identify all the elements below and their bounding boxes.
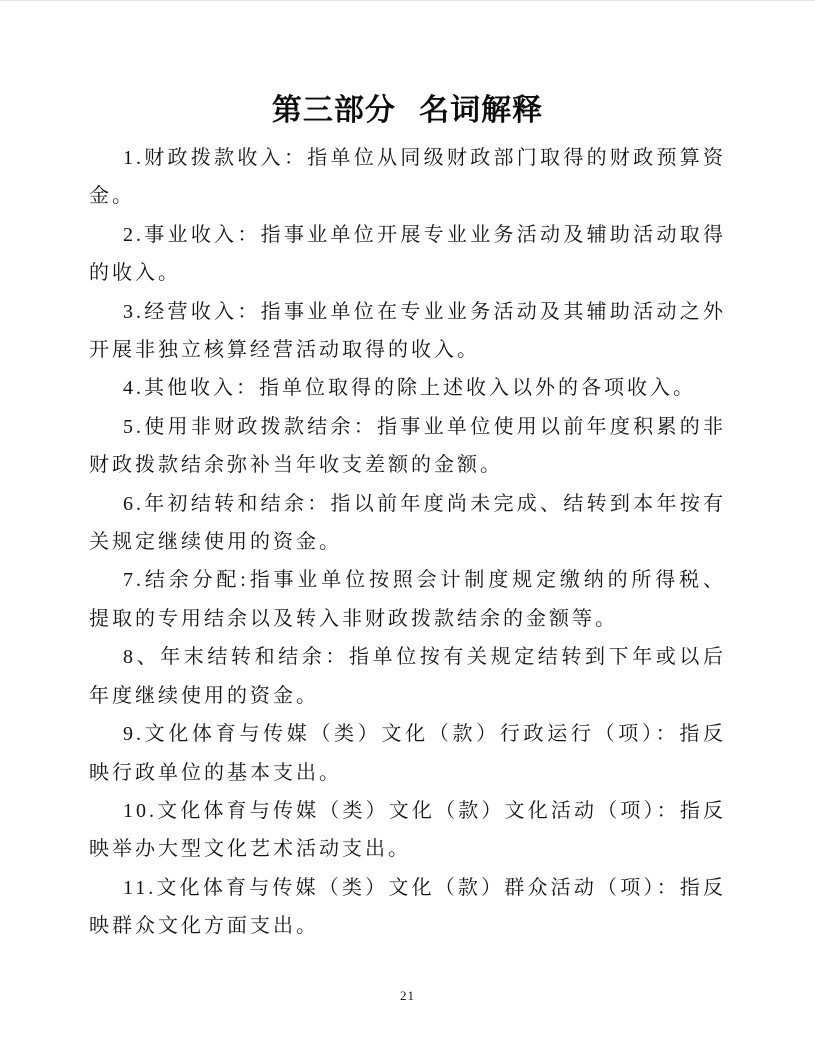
glossary-item-9: 9.文化体育与传媒（类）文化（款）行政运行（项）：指反映行政单位的基本支出。 — [89, 715, 726, 792]
page-footer: 21 — [0, 987, 815, 1005]
glossary-item-6: 6.年初结转和结余：指以前年度尚未完成、结转到本年按有关规定继续使用的资金。 — [89, 485, 726, 562]
page-title: 第三部分 名词解释 — [0, 1, 815, 132]
glossary-list: 1.财政拨款收入：指单位从同级财政部门取得的财政预算资金。 2.事业收入：指事业… — [89, 139, 726, 946]
page-number: 21 — [400, 988, 415, 1003]
glossary-item-2: 2.事业收入：指事业单位开展专业业务活动及辅助活动取得的收入。 — [89, 216, 726, 293]
document-page: 第三部分 名词解释 1.财政拨款收入：指单位从同级财政部门取得的财政预算资金。 … — [0, 0, 815, 1055]
glossary-item-1: 1.财政拨款收入：指单位从同级财政部门取得的财政预算资金。 — [89, 139, 726, 216]
glossary-item-5: 5.使用非财政拨款结余：指事业单位使用以前年度积累的非财政拨款结余弥补当年收支差… — [89, 408, 726, 485]
glossary-item-7: 7.结余分配:指事业单位按照会计制度规定缴纳的所得税、提取的专用结余以及转入非财… — [89, 561, 726, 638]
glossary-item-11: 11.文化体育与传媒（类）文化（款）群众活动（项）：指反映群众文化方面支出。 — [89, 869, 726, 946]
glossary-item-10: 10.文化体育与传媒（类）文化（款）文化活动（项）：指反映举办大型文化艺术活动支… — [89, 792, 726, 869]
glossary-item-4: 4.其他收入：指单位取得的除上述收入以外的各项收入。 — [89, 369, 726, 407]
glossary-item-3: 3.经营收入：指事业单位在专业业务活动及其辅助活动之外开展非独立核算经营活动取得… — [89, 293, 726, 370]
glossary-item-8: 8、年末结转和结余：指单位按有关规定结转到下年或以后年度继续使用的资金。 — [89, 638, 726, 715]
